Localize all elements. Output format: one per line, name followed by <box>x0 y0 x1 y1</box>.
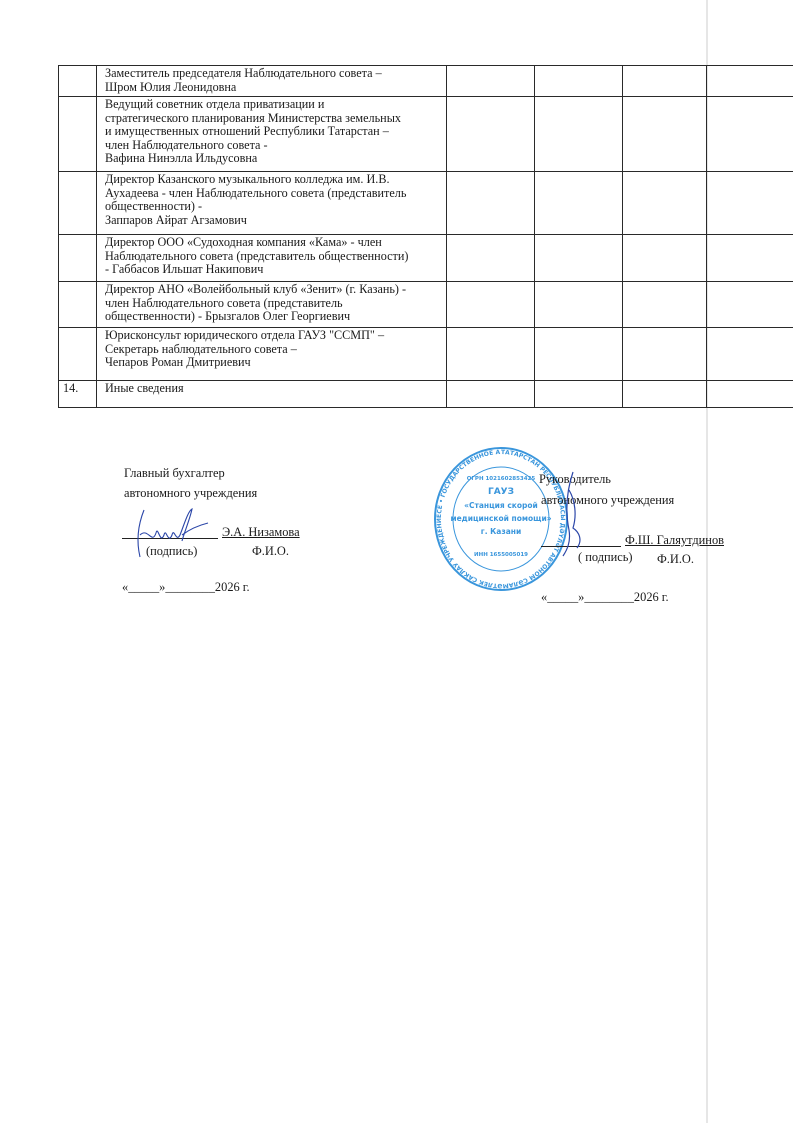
accountant-name-caption: Ф.И.О. <box>252 544 289 559</box>
empty-cell <box>707 66 793 97</box>
empty-cell <box>447 282 535 328</box>
empty-cell <box>447 381 535 408</box>
svg-text:ГАУЗ: ГАУЗ <box>488 487 514 497</box>
member-description: Иные сведения <box>97 381 447 408</box>
document-page: Заместитель председателя Наблюдательного… <box>0 0 793 1123</box>
empty-cell <box>623 66 707 97</box>
empty-cell <box>707 97 793 172</box>
empty-cell <box>707 235 793 282</box>
empty-cell <box>623 282 707 328</box>
member-description: Ведущий советник отдела приватизации и с… <box>97 97 447 172</box>
empty-cell <box>535 328 623 381</box>
row-number <box>59 66 97 97</box>
empty-cell <box>623 328 707 381</box>
organization-stamp-icon: ГАУЗ «Станция скорой медицинской помощи»… <box>433 446 569 592</box>
table-row: 14. Иные сведения <box>59 381 793 408</box>
accountant-date: «_____»________2026 г. <box>122 580 250 595</box>
accountant-title-line2: автономного учреждения <box>124 486 257 501</box>
empty-cell <box>623 235 707 282</box>
director-handwritten-signature-icon <box>555 470 595 560</box>
supervisory-board-table: Заместитель председателя Наблюдательного… <box>58 65 793 408</box>
member-description: Заместитель председателя Наблюдательного… <box>97 66 447 97</box>
empty-cell <box>623 97 707 172</box>
empty-cell <box>707 381 793 408</box>
svg-text:медицинской помощи»: медицинской помощи» <box>450 514 551 523</box>
empty-cell <box>707 282 793 328</box>
empty-cell <box>535 282 623 328</box>
table-row: Директор АНО «Волейбольный клуб «Зенит» … <box>59 282 793 328</box>
empty-cell <box>707 172 793 235</box>
row-number <box>59 328 97 381</box>
empty-cell <box>707 328 793 381</box>
director-name: Ф.Ш. Галяутдинов <box>625 533 724 548</box>
table-row: Ведущий советник отдела приватизации и с… <box>59 97 793 172</box>
member-description: Директор АНО «Волейбольный клуб «Зенит» … <box>97 282 447 328</box>
table-row: Директор ООО «Судоходная компания «Кама»… <box>59 235 793 282</box>
row-number <box>59 235 97 282</box>
member-description: Директор Казанского музыкального колледж… <box>97 172 447 235</box>
svg-text:«Станция скорой: «Станция скорой <box>464 501 538 510</box>
empty-cell <box>447 97 535 172</box>
svg-text:ОГРН 1021602853425: ОГРН 1021602853425 <box>467 476 536 482</box>
table-row: Директор Казанского музыкального колледж… <box>59 172 793 235</box>
director-date: «_____»________2026 г. <box>541 590 669 605</box>
empty-cell <box>447 172 535 235</box>
svg-text:г. Казани: г. Казани <box>481 527 521 536</box>
accountant-name: Э.А. Низамова <box>222 525 300 540</box>
row-number: 14. <box>59 381 97 408</box>
empty-cell <box>535 66 623 97</box>
director-name-caption: Ф.И.О. <box>657 552 694 567</box>
row-number <box>59 97 97 172</box>
empty-cell <box>535 172 623 235</box>
accountant-handwritten-signature-icon <box>130 505 210 560</box>
member-description: Директор ООО «Судоходная компания «Кама»… <box>97 235 447 282</box>
empty-cell <box>623 381 707 408</box>
svg-text:ИНН 1655005019: ИНН 1655005019 <box>474 552 528 558</box>
empty-cell <box>447 66 535 97</box>
accountant-title-line1: Главный бухгалтер <box>124 466 225 481</box>
table-row: Заместитель председателя Наблюдательного… <box>59 66 793 97</box>
member-description: Юрисконсульт юридического отдела ГАУЗ "С… <box>97 328 447 381</box>
row-number <box>59 282 97 328</box>
empty-cell <box>447 328 535 381</box>
empty-cell <box>447 235 535 282</box>
empty-cell <box>535 381 623 408</box>
empty-cell <box>535 235 623 282</box>
row-number <box>59 172 97 235</box>
empty-cell <box>623 172 707 235</box>
empty-cell <box>535 97 623 172</box>
table-row: Юрисконсульт юридического отдела ГАУЗ "С… <box>59 328 793 381</box>
